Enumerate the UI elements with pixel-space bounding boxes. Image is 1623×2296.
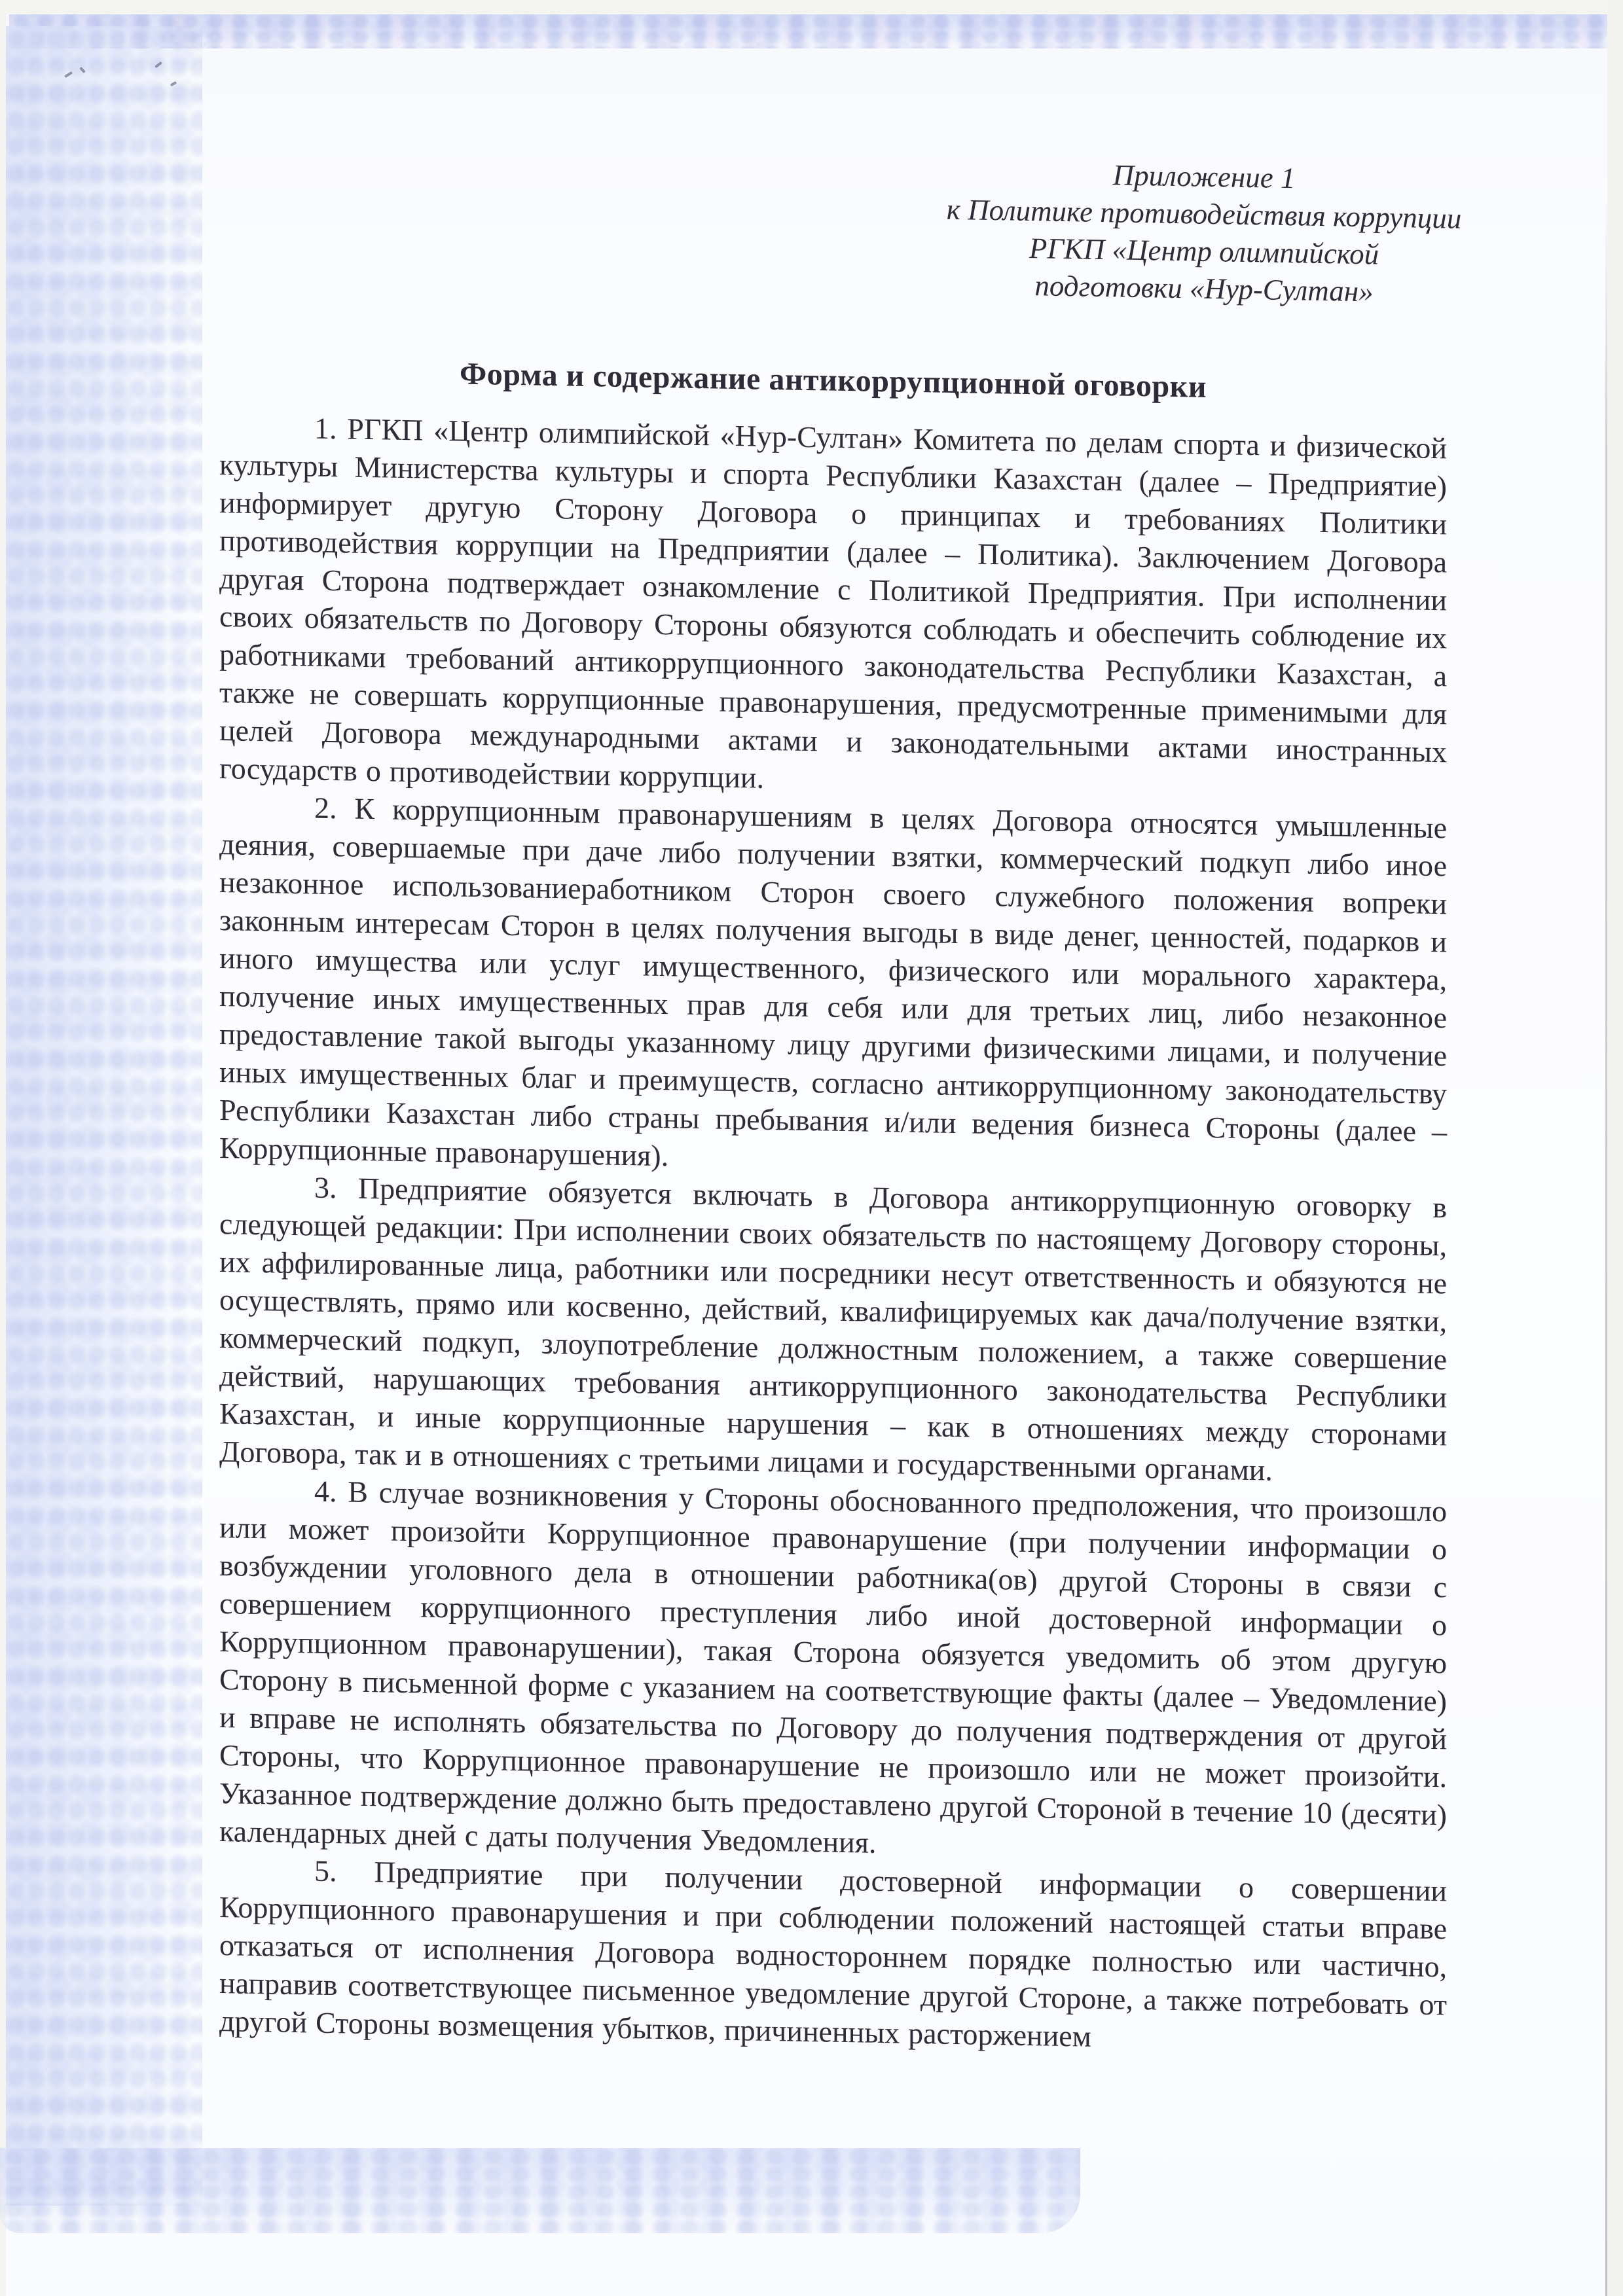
document-body: 1. РГКП «Центр олимпийской «Нур-Султан» … [219, 408, 1447, 2062]
scan-noise-band-top [9, 14, 1623, 48]
scanner-right-margin [1607, 0, 1623, 2296]
paragraph-5: 5. Предприятие при получении достоверной… [219, 1850, 1447, 2062]
scanned-page: Приложение 1 к Политике противодействия … [0, 0, 1623, 2296]
appendix-header: Приложение 1 к Политике противодействия … [905, 153, 1503, 313]
paragraph-4: 4. В случае возникновения у Стороны обос… [219, 1471, 1447, 1872]
paragraph-2: 2. К коррупционным правонарушениям в цел… [219, 787, 1447, 1189]
scanner-top-margin [0, 0, 1623, 14]
paragraph-3: 3. Предприятие обязуется включать в Дого… [219, 1167, 1447, 1492]
paragraph-1: 1. РГКП «Центр олимпийской «Нур-Султан» … [219, 408, 1447, 809]
document-content: Приложение 1 к Политике противодействия … [219, 141, 1447, 2062]
document-title: Форма и содержание антикоррупционной ого… [219, 350, 1447, 411]
scan-noise-band-left [6, 26, 202, 2206]
scanner-left-margin [0, 0, 6, 2296]
scan-noise-bottom-left [0, 2148, 1080, 2233]
